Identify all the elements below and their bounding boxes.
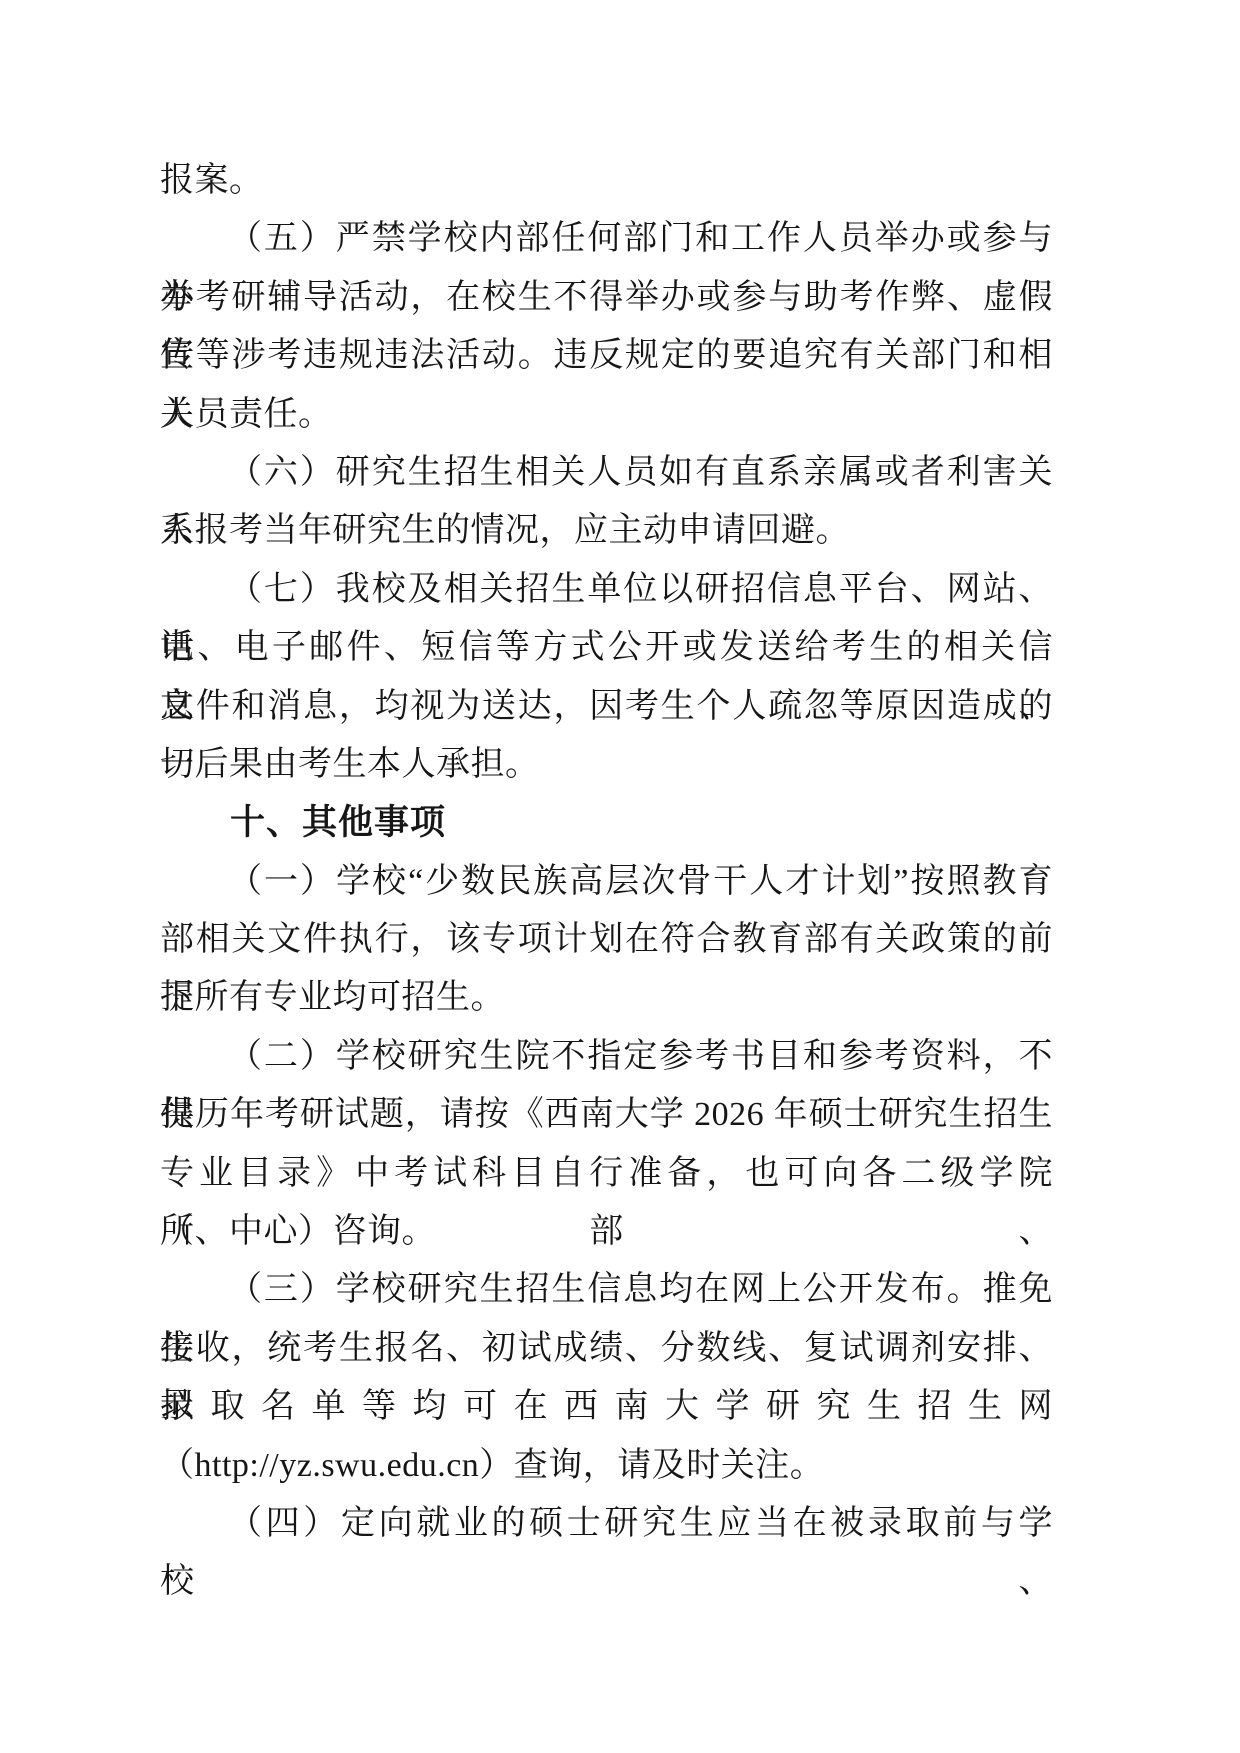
doc-line-paragraph-end: 人员责任。 — [160, 386, 1053, 444]
document-page: 报案。 （五）严禁学校内部任何部门和工作人员举办或参与举 办考研辅导活动，在校生… — [0, 0, 1240, 1753]
doc-line-url: （http://yz.swu.edu.cn）查询，请及时关注。 — [160, 1437, 1053, 1495]
doc-line-paragraph-end: 人报考当年研究生的情况，应主动申请回避。 — [160, 502, 1053, 560]
doc-line: 办考研辅导活动，在校生不得举办或参与助考作弊、虚假宣 — [160, 269, 1053, 327]
doc-line-item-7-start: （七）我校及相关招生单位以研招信息平台、网站、电 — [160, 561, 1053, 619]
doc-line-item-2-start: （二）学校研究生院不指定参考书目和参考资料，不提 — [160, 1028, 1053, 1086]
doc-line-item-6-start: （六）研究生招生相关人员如有直系亲属或者利害关系 — [160, 444, 1053, 502]
doc-line-paragraph-end: 下所有专业均可招生。 — [160, 969, 1053, 1027]
doc-line-paragraph-end: 切后果由考生本人承担。 — [160, 736, 1053, 794]
doc-line: 部相关文件执行，该专项计划在符合教育部有关政策的前提 — [160, 911, 1053, 969]
doc-line: 接收，统考生报名、初试成绩、分数线、复试调剂安排、拟 — [160, 1320, 1053, 1378]
doc-line: 专业目录》中考试科目自行准备，也可向各二级学院（部、 — [160, 1145, 1053, 1203]
doc-line-justified-wide: 录取名单等均可在西南大学研究生招生网 — [160, 1378, 1053, 1436]
doc-line-item-4-start: （四）定向就业的硕士研究生应当在被录取前与学校、 — [160, 1495, 1053, 1553]
doc-line: 传等涉考违规违法活动。违反规定的要追究有关部门和相关 — [160, 327, 1053, 385]
section-heading-other-matters: 十、其他事项 — [160, 794, 1053, 852]
doc-line-item-5-start: （五）严禁学校内部任何部门和工作人员举办或参与举 — [160, 210, 1053, 268]
doc-line: 供历年考研试题，请按《西南大学 2026 年硕士研究生招生 — [160, 1086, 1053, 1144]
doc-line-item-3-start: （三）学校研究生招生信息均在网上公开发布。推免生 — [160, 1261, 1053, 1319]
document-text-block: 报案。 （五）严禁学校内部任何部门和工作人员举办或参与举 办考研辅导活动，在校生… — [160, 152, 1053, 1553]
doc-line: 文件和消息，均视为送达，因考生个人疏忽等原因造成的一 — [160, 678, 1053, 736]
doc-line-paragraph-end: 报案。 — [160, 152, 1053, 210]
doc-line-item-1-start: （一）学校“少数民族高层次骨干人才计划”按照教育 — [160, 853, 1053, 911]
doc-line: 话、电子邮件、短信等方式公开或发送给考生的相关信息、 — [160, 619, 1053, 677]
